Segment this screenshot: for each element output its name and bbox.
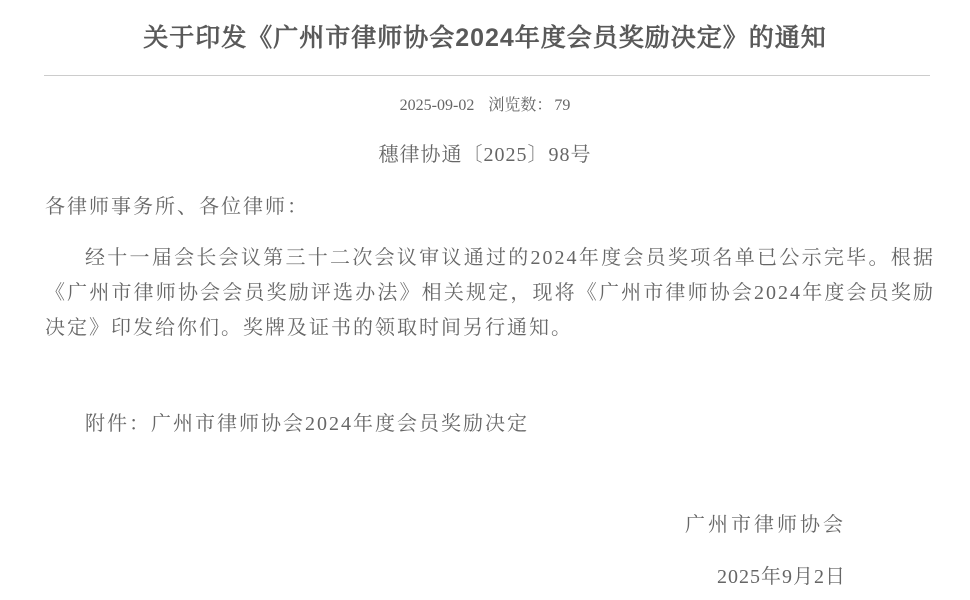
signature-block: 广州市律师协会 2025年9月2日 xyxy=(0,513,970,590)
page-title: 关于印发《广州市律师协会2024年度会员奖励决定》的通知 xyxy=(0,0,970,55)
signature-date: 2025年9月2日 xyxy=(0,565,846,590)
meta-row: 2025-09-02浏览数：79 xyxy=(0,95,970,116)
signature-org: 广州市律师协会 xyxy=(0,513,846,538)
attachment-line: 附件：广州市律师协会2024年度会员奖励决定 xyxy=(0,412,970,437)
views-count: 79 xyxy=(554,97,570,114)
views-label: 浏览数： xyxy=(488,97,552,114)
publish-date: 2025-09-02 xyxy=(400,97,475,114)
document-number: 穗律协通〔2025〕98号 xyxy=(0,143,970,168)
salutation: 各律师事务所、各位律师： xyxy=(0,195,970,220)
body-paragraph: 经十一届会长会议第三十二次会议审议通过的2024年度会员奖项名单已公示完毕。根据… xyxy=(0,241,970,346)
notice-page: 关于印发《广州市律师协会2024年度会员奖励决定》的通知 2025-09-02浏… xyxy=(0,0,970,600)
title-divider xyxy=(44,75,930,76)
